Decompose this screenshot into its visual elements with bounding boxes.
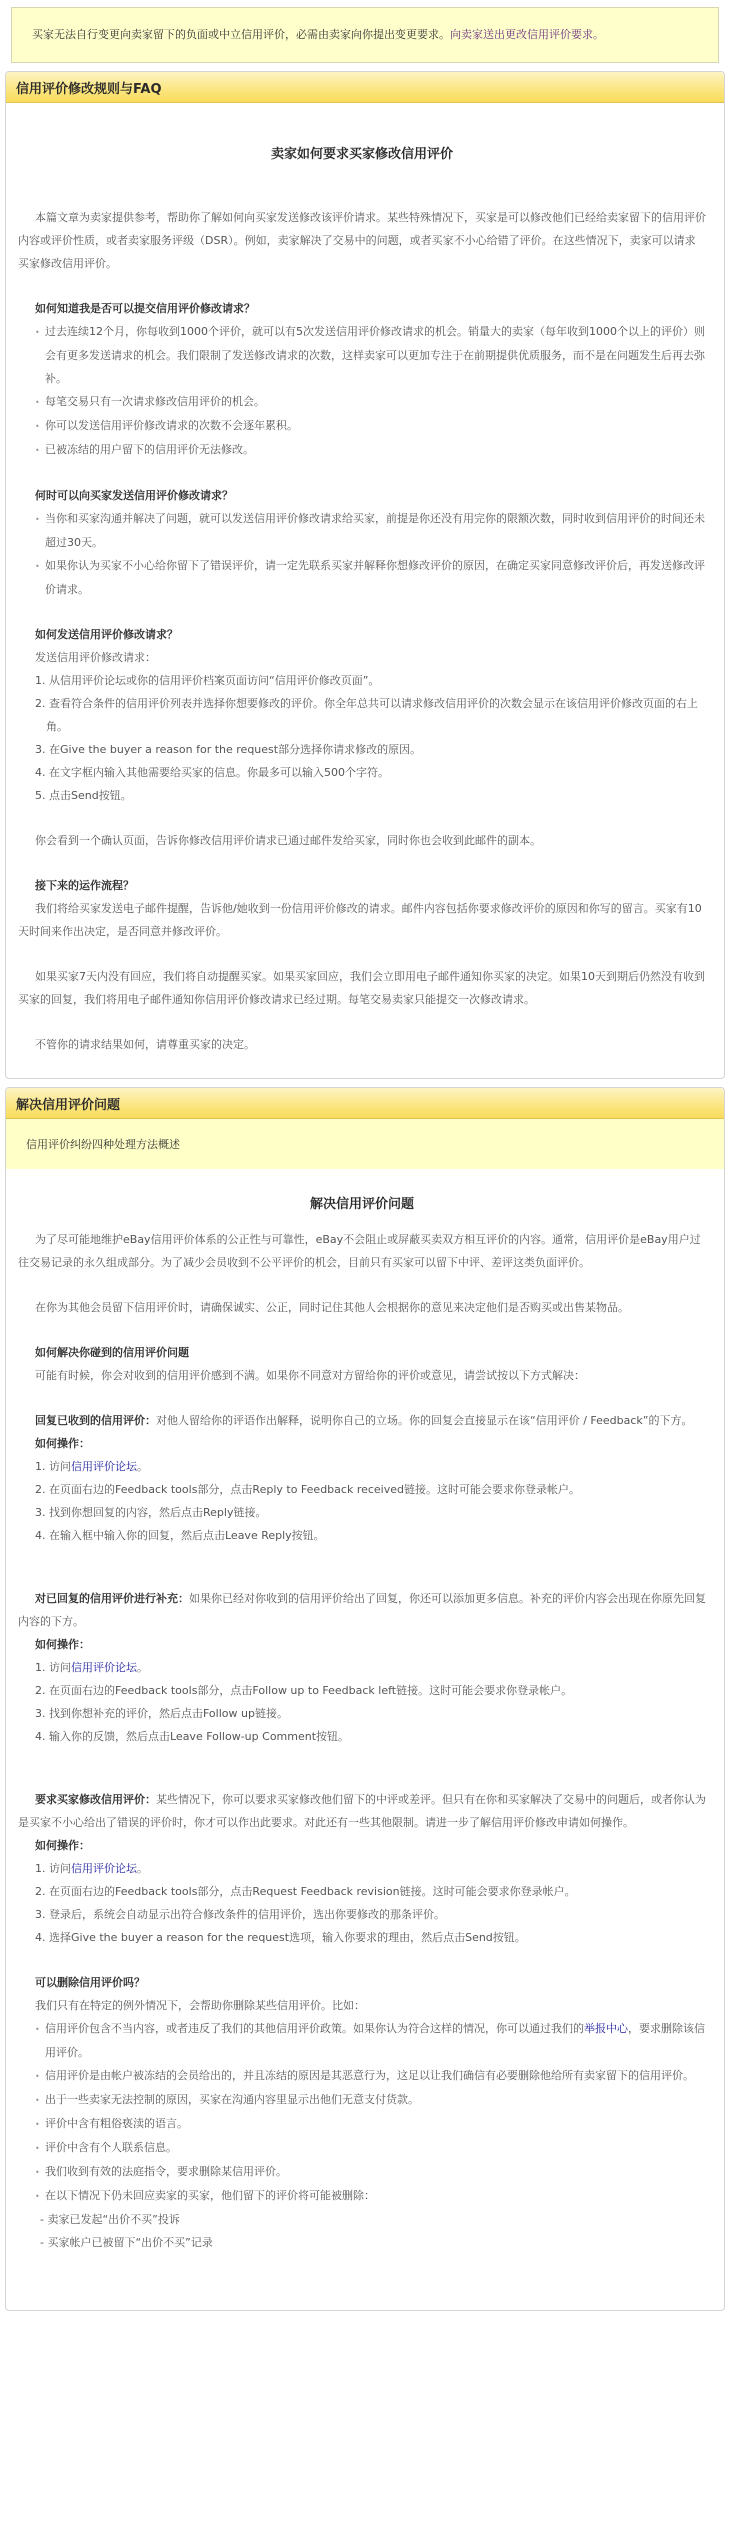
how-to-label: 如何操作： (18, 1834, 706, 1857)
q3-step: 5. 点击Send按钮。 (18, 784, 706, 807)
delete-bullet: 出于一些卖家无法控制的原因，买家在沟通内容里显示出他们无意支付货款。 (18, 2088, 706, 2112)
followup-step: 1. 访问信用评价论坛。 (18, 1656, 706, 1679)
faq-panel-title: 信用评价修改规则与FAQ (16, 78, 162, 97)
delete-bullet: 评价中含有个人联系信息。 (18, 2136, 706, 2160)
step-prefix: 1. 访问 (35, 1862, 71, 1875)
reply-step: 1. 访问信用评价论坛。 (18, 1455, 706, 1478)
notice-text: 买家无法自行变更向卖家留下的负面或中立信用评价，必需由卖家向你提出变更要求。 (32, 28, 450, 41)
step-suffix: 。 (137, 1661, 148, 1674)
article-title: 卖家如何要求买家修改信用评价 (18, 103, 706, 166)
faq-panel: 信用评价修改规则与FAQ 卖家如何要求买家修改信用评价 本篇文章为卖家提供参考，… (5, 71, 725, 1079)
article-title: 解决信用评价问题 (18, 1169, 706, 1216)
delete-lead: 我们只有在特定的例外情况下，会帮助你删除某些信用评价。比如： (18, 1994, 706, 2017)
q3-step: 3. 在Give the buyer a reason for the requ… (18, 738, 706, 761)
intro-paragraph: 为了尽可能地维护eBay信用评价体系的公正性与可靠性，eBay不会阻止或屏蔽买卖… (18, 1228, 706, 1274)
step-suffix: 。 (137, 1862, 148, 1875)
delete-subitem: - 买家帐户已被留下“出价不买”记录 (18, 2231, 706, 2254)
feedback-forum-link[interactable]: 信用评价论坛 (71, 1460, 137, 1473)
delete-bullet: 信用评价包含不当内容，或者违反了我们的其他信用评价政策。如果你认为符合这样的情况… (18, 2017, 706, 2064)
resolve-panel: 解决信用评价问题 信用评价纠纷四种处理方法概述 解决信用评价问题 为了尽可能地维… (5, 1087, 725, 2311)
q3-step: 1. 从信用评价论坛或你的信用评价档案页面访问“信用评价修改页面”。 (18, 669, 706, 692)
confirm-paragraph: 你会看到一个确认页面，告诉你修改信用评价请求已通过邮件发给买家，同时你也会收到此… (18, 829, 706, 852)
resolve-panel-header: 解决信用评价问题 (6, 1088, 724, 1119)
q3-step: 2. 查看符合条件的信用评价列表并选择你想要修改的评价。你全年总共可以请求修改信… (18, 692, 706, 738)
reply-label: 回复已收到的信用评价： (35, 1414, 156, 1427)
revise-label: 要求买家修改信用评价： (35, 1793, 156, 1806)
revise-step: 1. 访问信用评价论坛。 (18, 1857, 706, 1880)
delete-bullet: 评价中含有粗俗亵渎的语言。 (18, 2112, 706, 2136)
delete-heading: 可以删除信用评价吗？ (18, 1971, 706, 1994)
q4-paragraph: 如果买家7天内没有回应，我们将自动提醒买家。如果买家回应，我们会立即用电子邮件通… (18, 965, 706, 1011)
reply-section: 回复已收到的信用评价：对他人留给你的评语作出解释，说明你自己的立场。你的回复会直… (18, 1409, 706, 1432)
revise-step: 3. 登录后，系统会自动显示出符合修改条件的信用评价，选出你要修改的那条评价。 (18, 1903, 706, 1926)
followup-section: 对已回复的信用评价进行补充：如果你已经对你收到的信用评价给出了回复，你还可以添加… (18, 1587, 706, 1633)
q3-lead: 发送信用评价修改请求： (18, 646, 706, 669)
reply-step: 4. 在输入框中输入你的回复，然后点击Leave Reply按钮。 (18, 1524, 706, 1547)
q4-heading: 接下来的运作流程？ (18, 874, 706, 897)
q3-heading: 如何发送信用评价修改请求？ (18, 623, 706, 646)
q1-bullet: 你可以发送信用评价修改请求的次数不会逐年累积。 (18, 414, 706, 438)
followup-step: 2. 在页面右边的Feedback tools部分，点击Follow up to… (18, 1679, 706, 1702)
how-to-label: 如何操作： (18, 1432, 706, 1455)
subheader-text: 信用评价纠纷四种处理方法概述 (26, 1136, 180, 1152)
q1-bullet: 每笔交易只有一次请求修改信用评价的机会。 (18, 390, 706, 414)
feedback-forum-link[interactable]: 信用评价论坛 (71, 1862, 137, 1875)
revise-step: 2. 在页面右边的Feedback tools部分，点击Request Feed… (18, 1880, 706, 1903)
resolve-heading: 如何解决你碰到的信用评价问题 (18, 1341, 706, 1364)
revise-section: 要求买家修改信用评价：某些情况下，你可以要求买家修改他们留下的中评或差评。但只有… (18, 1788, 706, 1834)
step-prefix: 1. 访问 (35, 1661, 71, 1674)
reply-step: 2. 在页面右边的Feedback tools部分，点击Reply to Fee… (18, 1478, 706, 1501)
step-suffix: 。 (137, 1460, 148, 1473)
bullet-text: 信用评价包含不当内容，或者违反了我们的其他信用评价政策。如果你认为符合这样的情况… (45, 2022, 584, 2035)
resolve-panel-subheader: 信用评价纠纷四种处理方法概述 (6, 1119, 724, 1169)
revise-step: 4. 选择Give the buyer a reason for the req… (18, 1926, 706, 1949)
intro-paragraph: 在你为其他会员留下信用评价时，请确保诚实、公正，同时记住其他人会根据你的意见来决… (18, 1296, 706, 1319)
delete-bullet: 在以下情况下仍未回应卖家的买家，他们留下的评价将可能被删除： (18, 2184, 706, 2208)
q1-bullet: 过去连续12个月，你每收到1000个评价，就可以有5次发送信用评价修改请求的机会… (18, 320, 706, 390)
resolve-text: 可能有时候，你会对收到的信用评价感到不满。如果你不同意对方留给你的评价或意见，请… (18, 1364, 706, 1387)
q2-bullet: 当你和买家沟通并解决了问题，就可以发送信用评价修改请求给买家，前提是你还没有用完… (18, 507, 706, 554)
followup-step: 4. 输入你的反馈，然后点击Leave Follow-up Comment按钮。 (18, 1725, 706, 1748)
faq-panel-body: 卖家如何要求买家修改信用评价 本篇文章为卖家提供参考，帮助你了解如何向买家发送修… (6, 103, 724, 1078)
feedback-forum-link[interactable]: 信用评价论坛 (71, 1661, 137, 1674)
how-to-label: 如何操作： (18, 1633, 706, 1656)
followup-label: 对已回复的信用评价进行补充： (35, 1592, 189, 1605)
delete-subitem: - 卖家已发起“出价不买”投诉 (18, 2208, 706, 2231)
request-change-link[interactable]: 向卖家送出更改信用评价要求。 (450, 28, 604, 41)
followup-step: 3. 找到你想补充的评价，然后点击Follow up链接。 (18, 1702, 706, 1725)
report-center-link[interactable]: 举报中心 (584, 2022, 628, 2035)
faq-panel-header: 信用评价修改规则与FAQ (6, 72, 724, 103)
delete-bullet: 我们收到有效的法庭指令，要求删除某信用评价。 (18, 2160, 706, 2184)
q2-bullet: 如果你认为买家不小心给你留下了错误评价，请一定先联系买家并解释你想修改评价的原因… (18, 554, 706, 601)
step-prefix: 1. 访问 (35, 1460, 71, 1473)
reply-text: 对他人留给你的评语作出解释，说明你自己的立场。你的回复会直接显示在该“信用评价 … (156, 1414, 692, 1427)
q1-heading: 如何知道我是否可以提交信用评价修改请求？ (18, 297, 706, 320)
notice-box: 买家无法自行变更向卖家留下的负面或中立信用评价，必需由卖家向你提出变更要求。向卖… (11, 7, 719, 63)
q2-heading: 何时可以向买家发送信用评价修改请求？ (18, 484, 706, 507)
resolve-panel-title: 解决信用评价问题 (16, 1094, 120, 1113)
q4-paragraph: 不管你的请求结果如何，请尊重买家的决定。 (18, 1033, 706, 1056)
q3-step: 4. 在文字框内输入其他需要给买家的信息。你最多可以输入500个字符。 (18, 761, 706, 784)
intro-paragraph: 本篇文章为卖家提供参考，帮助你了解如何向买家发送修改该评价请求。某些特殊情况下，… (18, 206, 706, 275)
q1-bullet: 已被冻结的用户留下的信用评价无法修改。 (18, 438, 706, 462)
delete-bullet: 信用评价是由帐户被冻结的会员给出的，并且冻结的原因是其恶意行为，这足以让我们确信… (18, 2064, 706, 2088)
q4-paragraph: 我们将给买家发送电子邮件提醒，告诉他/她收到一份信用评价修改的请求。邮件内容包括… (18, 897, 706, 943)
resolve-panel-body: 解决信用评价问题 为了尽可能地维护eBay信用评价体系的公正性与可靠性，eBay… (6, 1169, 724, 2310)
reply-step: 3. 找到你想回复的内容，然后点击Reply链接。 (18, 1501, 706, 1524)
